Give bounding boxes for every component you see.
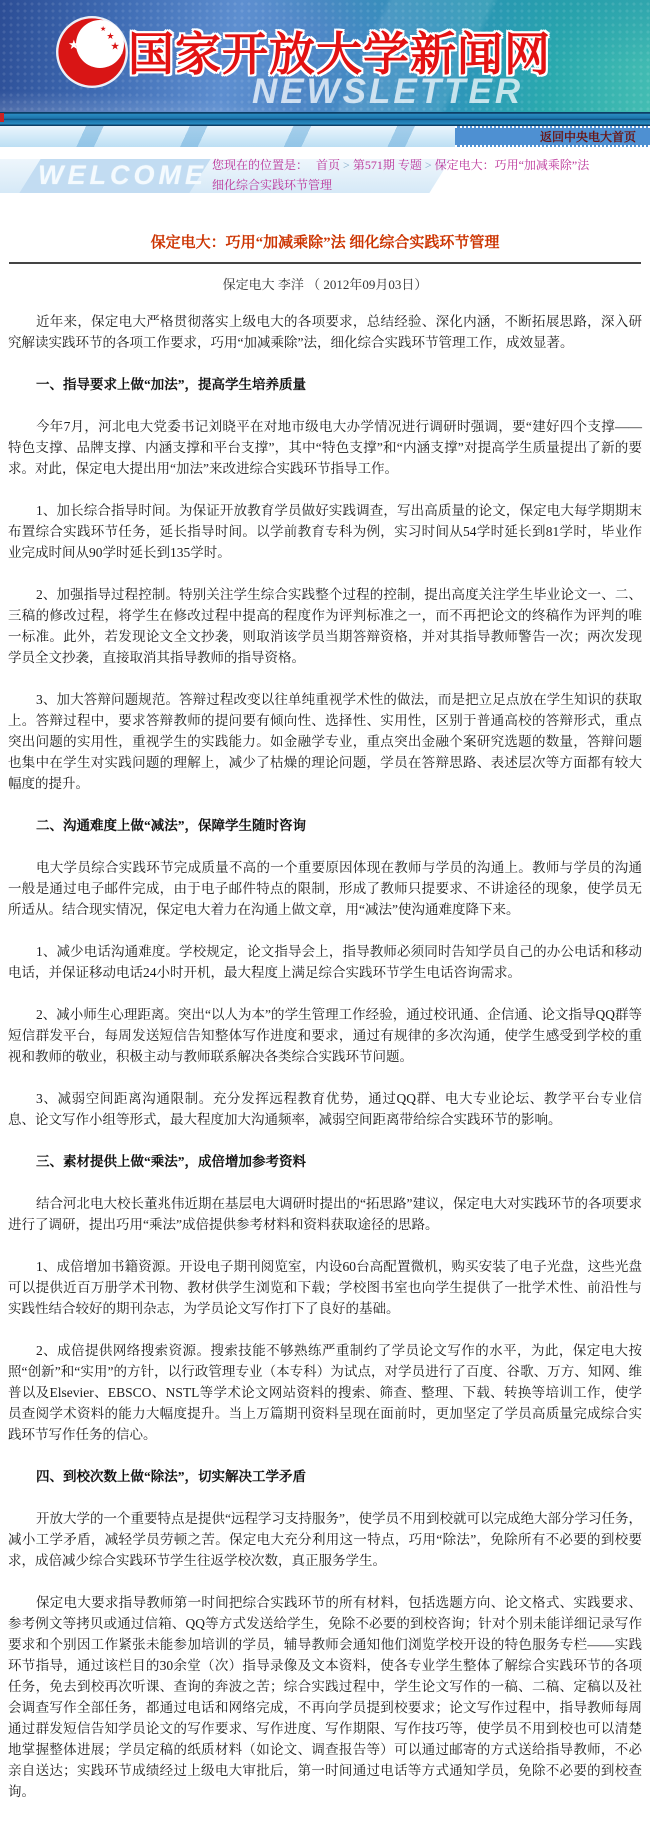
breadcrumb: 您现在的位置是：首页 > 第571期 专题 > 保定电大：巧用“加减乘除”法 细… bbox=[212, 155, 597, 195]
article-title: 保定电大：巧用“加减乘除”法 细化综合实践环节管理 bbox=[8, 231, 642, 252]
article-paragraph: 1、加长综合指导时间。为保证开放教育学员做好实践调查，写出高质量的论文，保定电大… bbox=[8, 500, 642, 563]
red-accent-mark bbox=[0, 113, 4, 122]
site-logo-icon[interactable]: ★ ★ ★ ★ bbox=[52, 12, 132, 92]
breadcrumb-separator: > bbox=[340, 158, 353, 172]
breadcrumb-item[interactable]: 第571期 专题 bbox=[353, 158, 422, 172]
section-heading: 一、指导要求上做“加法”，提高学生培养质量 bbox=[8, 374, 642, 395]
article-paragraph: 电大学员综合实践环节完成质量不高的一个重要原因体现在教师与学员的沟通上。教师与学… bbox=[8, 857, 642, 920]
breadcrumb-separator: > bbox=[422, 158, 435, 172]
article: 保定电大：巧用“加减乘除”法 细化综合实践环节管理 保定电大 李洋 （ 2012… bbox=[0, 215, 650, 1828]
breadcrumb-prefix: 您现在的位置是： bbox=[212, 158, 308, 172]
article-byline: 保定电大 李洋 （ 2012年09月03日） bbox=[8, 274, 642, 293]
article-paragraph: 今年7月，河北电大党委书记刘晓平在对地市级电大办学情况进行调研时强调，要“建好四… bbox=[8, 416, 642, 479]
newsletter-banner-text: NEWSLETTER bbox=[252, 72, 523, 112]
welcome-text: WELCOME bbox=[38, 160, 207, 191]
article-paragraph: 1、成倍增加书籍资源。开设电子期刊阅览室，内设60台高配置微机，购买安装了电子光… bbox=[8, 1256, 642, 1319]
back-link-box: 返回中央电大首页 bbox=[455, 126, 650, 147]
sub-header-stripe: 返回中央电大首页 bbox=[0, 126, 650, 147]
article-paragraph: 2、加强指导过程控制。特别关注学生综合实践整个过程的控制，提出高度关注学生毕业论… bbox=[8, 584, 642, 668]
article-paragraph: 结合河北电大校长董兆伟近期在基层电大调研时提出的“拓思路”建议，保定电大对实践环… bbox=[8, 1193, 642, 1235]
section-heading: 四、到校次数上做“除法”，切实解决工学矛盾 bbox=[8, 1466, 642, 1487]
article-body: 近年来，保定电大严格贯彻落实上级电大的各项要求，总结经验、深化内涵，不断拓展思路… bbox=[8, 311, 642, 1802]
header-divider-bar bbox=[0, 112, 650, 126]
svg-text:★: ★ bbox=[110, 42, 119, 53]
article-paragraph: 1、减少电话沟通难度。学校规定，论文指导会上，指导教师必须同时告知学员自己的办公… bbox=[8, 941, 642, 983]
article-paragraph: 3、加大答辩问题规范。答辩过程改变以往单纯重视学术性的做法，而是把立足点放在学生… bbox=[8, 689, 642, 794]
breadcrumb-item[interactable]: 首页 bbox=[316, 158, 340, 172]
article-paragraph: 2、成倍提供网络搜索资源。搜索技能不够熟练严重制约了学员论文写作的水平，为此，保… bbox=[8, 1340, 642, 1445]
svg-text:★: ★ bbox=[100, 25, 106, 33]
svg-text:★: ★ bbox=[106, 31, 114, 41]
article-paragraph: 保定电大要求指导教师第一时间把综合实践环节的所有材料，包括选题方向、论文格式、实… bbox=[8, 1592, 642, 1802]
section-heading: 二、沟通难度上做“减法”，保障学生随时咨询 bbox=[8, 815, 642, 836]
back-to-home-link[interactable]: 返回中央电大首页 bbox=[540, 128, 636, 145]
article-paragraph: 近年来，保定电大严格贯彻落实上级电大的各项要求，总结经验、深化内涵，不断拓展思路… bbox=[8, 311, 642, 353]
article-paragraph: 2、减小师生心理距离。突出“以人为本”的学生管理工作经验，通过校讯通、企信通、论… bbox=[8, 1004, 642, 1067]
title-divider bbox=[9, 262, 641, 264]
breadcrumb-section: WELCOME 您现在的位置是：首页 > 第571期 专题 > 保定电大：巧用“… bbox=[0, 147, 650, 215]
header-banner: ★ ★ ★ ★ 国家开放大学新闻网 NEWSLETTER bbox=[0, 0, 650, 112]
article-paragraph: 3、减弱空间距离沟通限制。充分发挥远程教育优势，通过QQ群、电大专业论坛、教学平… bbox=[8, 1088, 642, 1130]
svg-text:★: ★ bbox=[68, 38, 79, 52]
article-paragraph: 开放大学的一个重要特点是提供“远程学习支持服务”，使学员不用到校就可以完成绝大部… bbox=[8, 1508, 642, 1571]
section-heading: 三、素材提供上做“乘法”，成倍增加参考资料 bbox=[8, 1151, 642, 1172]
